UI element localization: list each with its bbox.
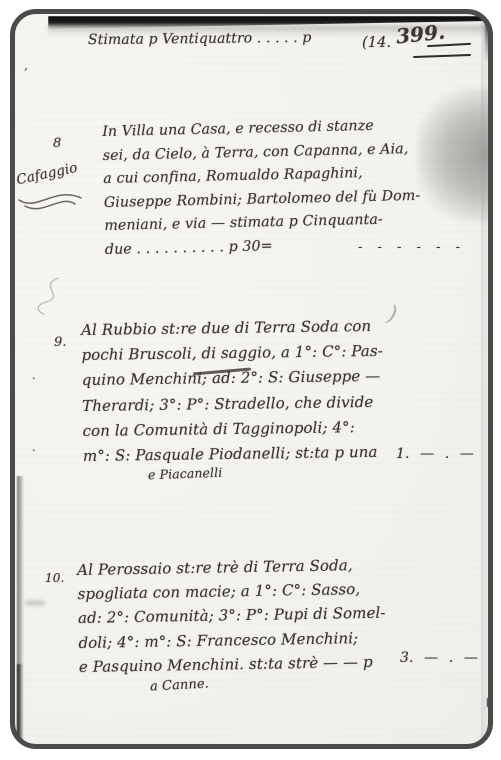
entry-10-amount: 3. — . — — [400, 650, 478, 666]
folio-number: (14. — [362, 35, 391, 51]
margin-dot: · — [32, 444, 36, 457]
margin-dot: · — [32, 372, 36, 385]
header-stima-line: Stimata p Ventiquattro . . . . . p — [88, 30, 312, 48]
margin-note-flourish — [15, 184, 87, 214]
stray-squiggle — [28, 276, 88, 316]
manuscript-line: e Pasquino Menchini. st:ta strè — — p — [79, 649, 387, 679]
entry-10-text: Al Perossaio st:re trè di Terra Soda, sp… — [77, 553, 387, 679]
page-right-edge — [481, 14, 489, 744]
entry-8-trailing-dashes: - - - - - - — [358, 240, 461, 255]
entry-10-number: 10. — [45, 571, 64, 585]
stray-paren-mark: ) — [385, 301, 399, 327]
manuscript-scan-view: Stimata p Ventiquattro . . . . . p (14. … — [0, 0, 501, 760]
entry-9-subline: e Piacanelli — [148, 465, 223, 483]
entry-8-number: 8 — [53, 136, 61, 151]
faint-smudge — [25, 600, 45, 606]
stray-tick-mark: ’ — [24, 66, 28, 79]
bottom-right-edge-mark — [487, 698, 489, 707]
ink-bleed-stain — [417, 88, 489, 222]
page-left-edge-dark — [17, 664, 23, 744]
manuscript-line: m°: S: Pasquale Piodanelli; st:ta p una — [83, 440, 385, 469]
page-number-underline-2 — [413, 54, 471, 58]
entry-9-text: Al Rubbio st:re due di Terra Soda con po… — [81, 314, 384, 469]
entry-10-subline: a Canne. — [150, 676, 210, 694]
entry-9-number: 9. — [54, 335, 67, 350]
entry-9-amount: 1. — . — — [396, 446, 474, 462]
page-content: Stimata p Ventiquattro . . . . . p (14. … — [15, 14, 489, 744]
